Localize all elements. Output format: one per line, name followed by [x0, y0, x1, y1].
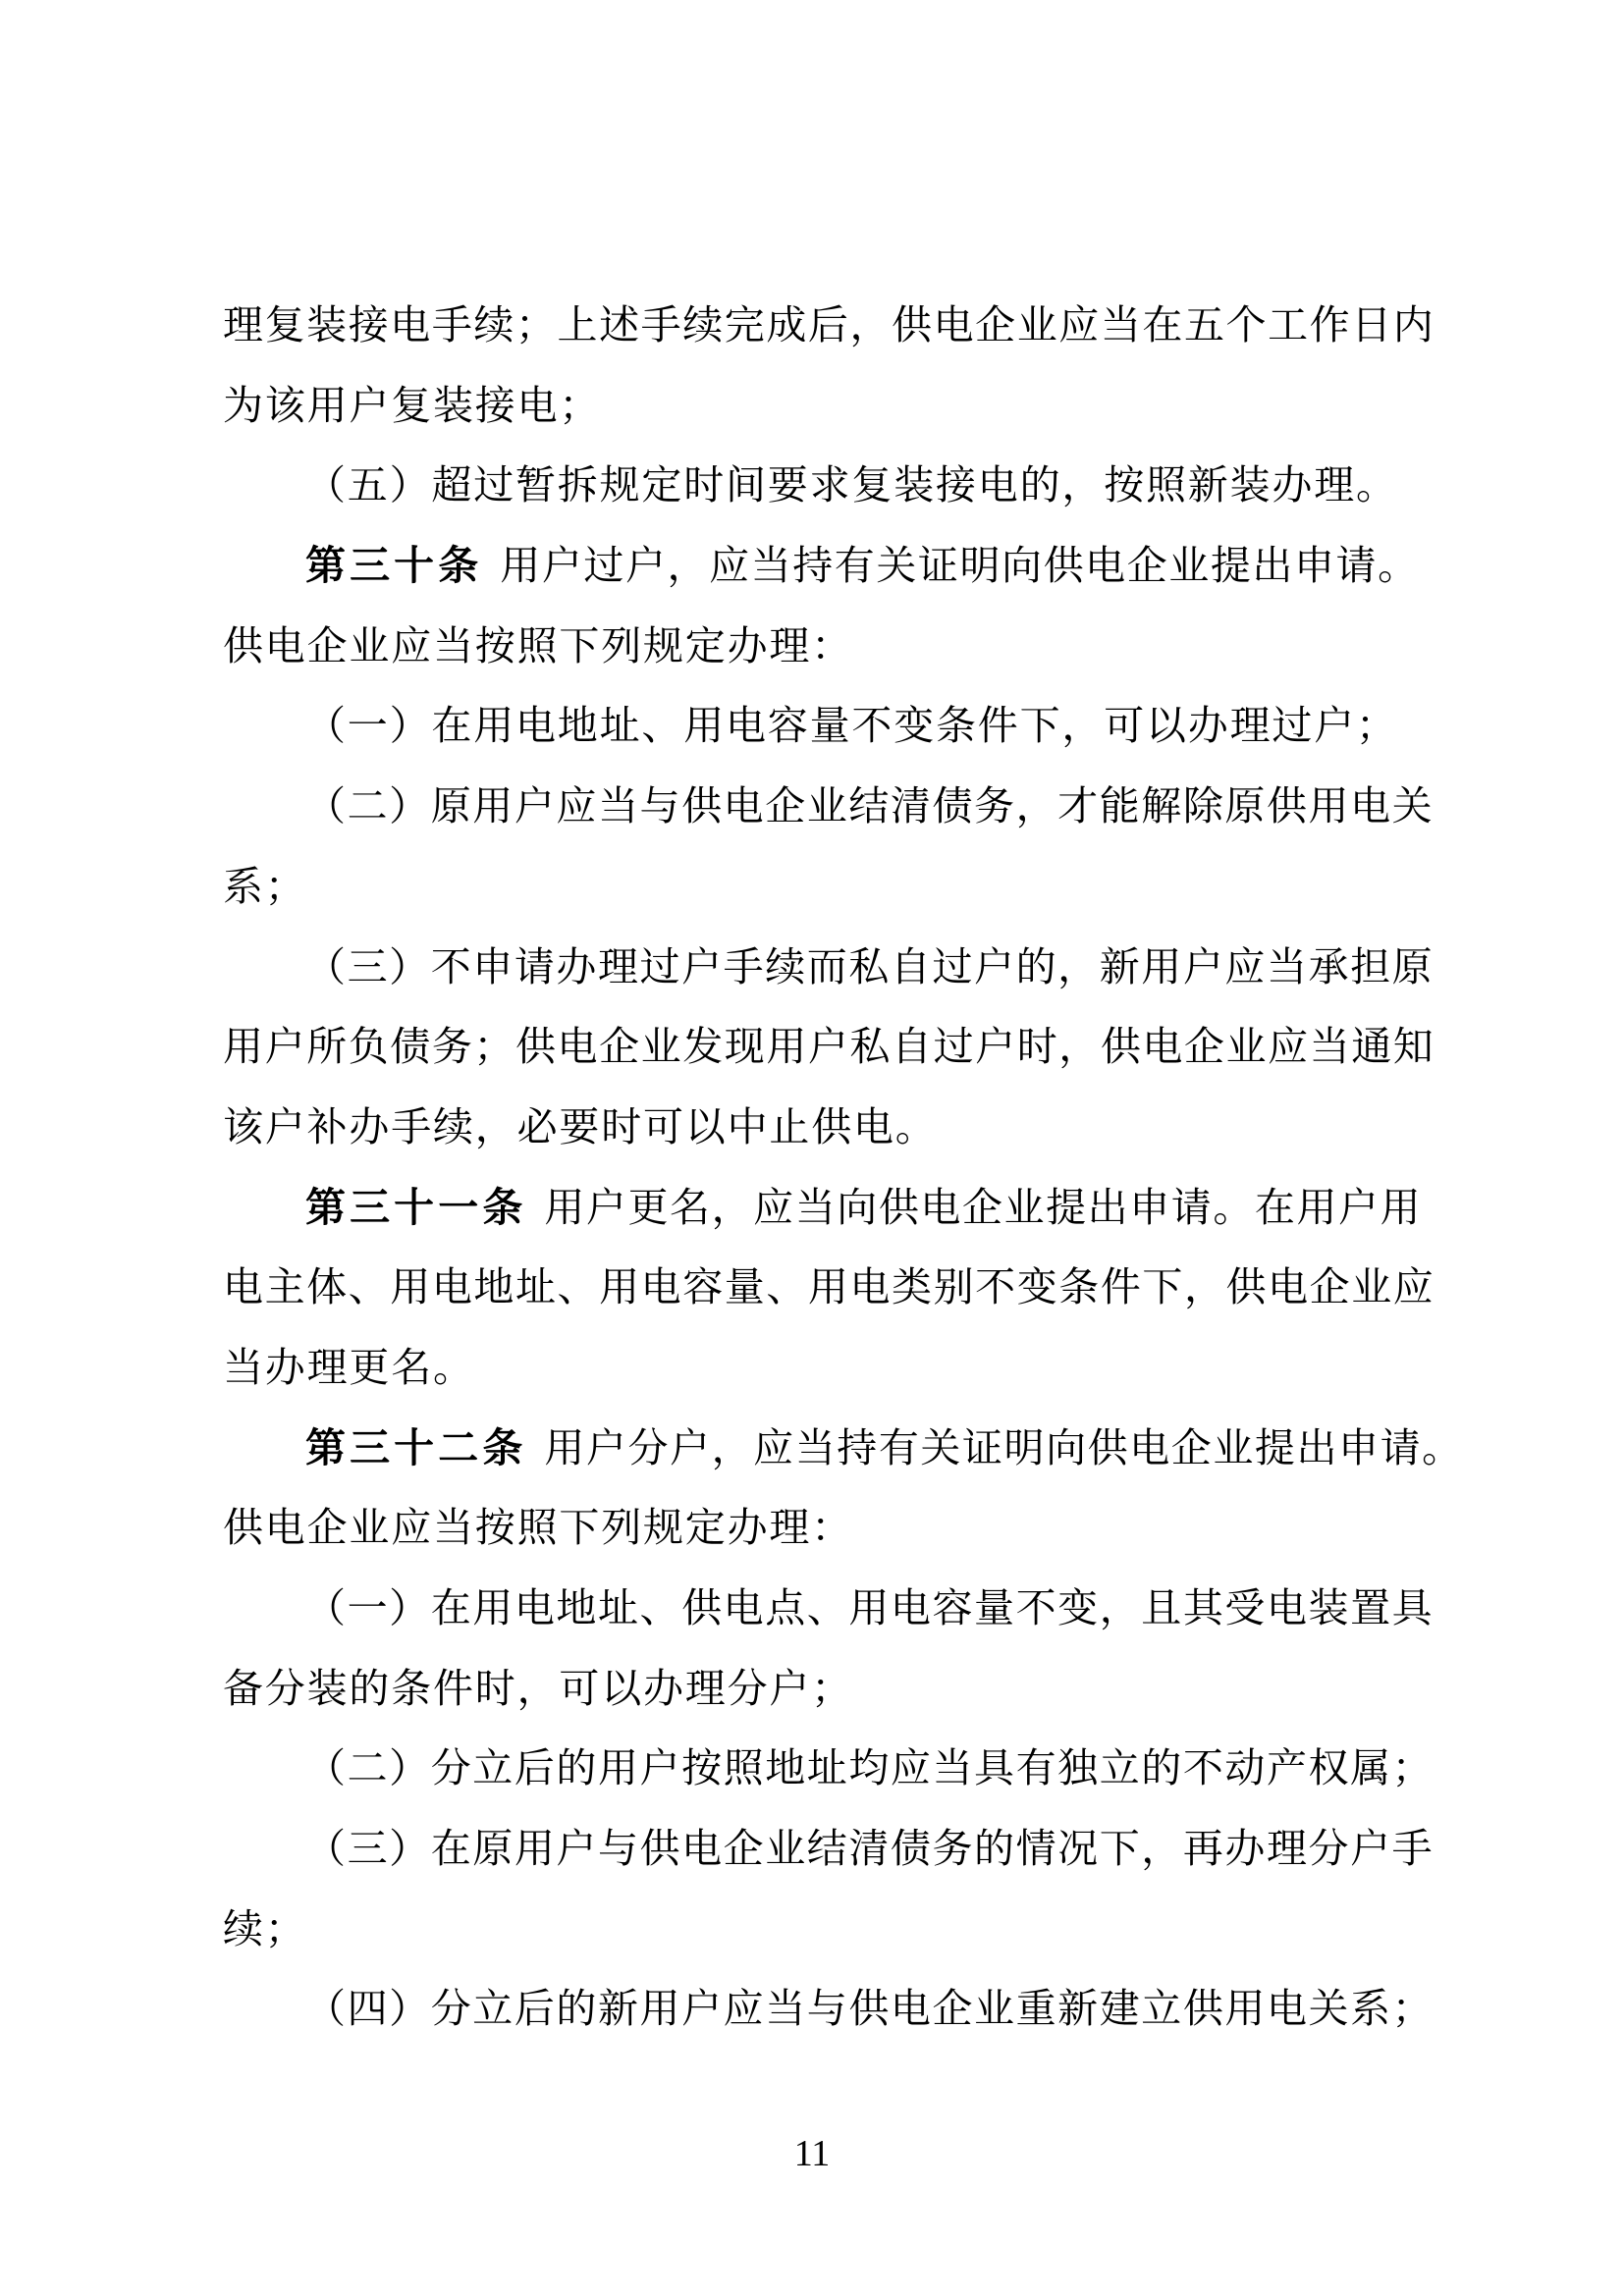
- line-text: （ 三 ） 在 原 用 户 与 供 电 企 业 结 清 债 务 的 情 况 下 …: [305, 1825, 1433, 1872]
- page-number: 11: [0, 2130, 1624, 2177]
- list-item-line: （ 四 ） 分 立 后 的 新 用 户 应 当 与 供 电 企 业 重 新 建 …: [223, 1969, 1401, 2050]
- body-line: 电 主 体 、 用 电 地 址 、 用 电 容 量 、 用 电 类 别 不 变 …: [223, 1248, 1401, 1328]
- body-line: 为该用户复装接电；: [223, 366, 1401, 447]
- body-line: 理 复 装 接 电 手 续 ； 上 述 手 续 完 成 后 ， 供 电 企 业 …: [223, 286, 1401, 366]
- line-text: （ 四 ） 分 立 后 的 新 用 户 应 当 与 供 电 企 业 重 新 建 …: [305, 1985, 1433, 2032]
- article-number-heading: 第 三 十 条: [305, 542, 478, 589]
- list-item-line: （ 三 ） 在 原 用 户 与 供 电 企 业 结 清 债 务 的 情 况 下 …: [223, 1809, 1401, 1890]
- document-page: 理 复 装 接 电 手 续 ； 上 述 手 续 完 成 后 ， 供 电 企 业 …: [0, 0, 1624, 2296]
- article-heading-line: 第 三 十 条用 户 过 户 ， 应 当 持 有 关 证 明 向 供 电 企 业…: [223, 526, 1401, 607]
- document-body: 理 复 装 接 电 手 续 ； 上 述 手 续 完 成 后 ， 供 电 企 业 …: [223, 286, 1401, 2050]
- line-text: 理 复 装 接 电 手 续 ； 上 述 手 续 完 成 后 ， 供 电 企 业 …: [223, 301, 1434, 348]
- line-text: （五）超过暂拆规定时间要求复装接电的，按照新装办理。: [305, 461, 1398, 508]
- body-line: 该户补办手续，必要时可以中止供电。: [223, 1088, 1401, 1168]
- line-text: （ 二 ） 分 立 后 的 用 户 按 照 地 址 均 应 当 具 有 独 立 …: [305, 1744, 1433, 1791]
- line-text: （一）在用电地址、用电容量不变条件下，可以办理过户；: [305, 702, 1398, 749]
- list-item-line: （ 一 ） 在 用 电 地 址 、 供 电 点 、 用 电 容 量 不 变 ， …: [223, 1569, 1401, 1649]
- body-line: 供电企业应当按照下列规定办理：: [223, 607, 1401, 687]
- line-text: 供电企业应当按照下列规定办理：: [223, 622, 853, 669]
- body-line: 供电企业应当按照下列规定办理：: [223, 1488, 1401, 1569]
- list-item-line: （五）超过暂拆规定时间要求复装接电的，按照新装办理。: [223, 446, 1401, 526]
- line-text: （ 二 ） 原 用 户 应 当 与 供 电 企 业 结 清 债 务 ， 才 能 …: [305, 782, 1433, 829]
- line-text: 用 户 过 户 ， 应 当 持 有 关 证 明 向 供 电 企 业 提 出 申 …: [500, 542, 1418, 589]
- body-line: 用 户 所 负 债 务 ； 供 电 企 业 发 现 用 户 私 自 过 户 时 …: [223, 1007, 1401, 1088]
- line-text: （ 一 ） 在 用 电 地 址 、 供 电 点 、 用 电 容 量 不 变 ， …: [305, 1584, 1433, 1631]
- list-item-line: （ 三 ） 不 申 请 办 理 过 户 手 续 而 私 自 过 户 的 ， 新 …: [223, 928, 1401, 1008]
- line-text: 备分装的条件时，可以办理分户；: [223, 1665, 853, 1712]
- body-line: 系；: [223, 847, 1401, 928]
- article-number-heading: 第 三 十 一 条: [305, 1184, 522, 1231]
- body-line: 当办理更名。: [223, 1328, 1401, 1409]
- article-number-heading: 第 三 十 二 条: [305, 1424, 522, 1471]
- line-text: 系；: [223, 863, 307, 910]
- line-text: 用 户 所 负 债 务 ； 供 电 企 业 发 现 用 户 私 自 过 户 时 …: [223, 1023, 1434, 1070]
- line-text: 该户补办手续，必要时可以中止供电。: [223, 1103, 938, 1150]
- list-item-line: （ 二 ） 原 用 户 应 当 与 供 电 企 业 结 清 债 务 ， 才 能 …: [223, 767, 1401, 847]
- line-text: 为该用户复装接电；: [223, 382, 601, 429]
- line-text: （ 三 ） 不 申 请 办 理 过 户 手 续 而 私 自 过 户 的 ， 新 …: [305, 943, 1433, 990]
- line-text: 用 户 更 名 ， 应 当 向 供 电 企 业 提 出 申 请 。 在 用 户 …: [544, 1184, 1420, 1231]
- line-text: 供电企业应当按照下列规定办理：: [223, 1504, 853, 1551]
- list-item-line: （一）在用电地址、用电容量不变条件下，可以办理过户；: [223, 686, 1401, 767]
- article-heading-line: 第 三 十 二 条用 户 分 户 ， 应 当 持 有 关 证 明 向 供 电 企…: [223, 1409, 1401, 1489]
- line-text: 当办理更名。: [223, 1344, 475, 1391]
- article-heading-line: 第 三 十 一 条用 户 更 名 ， 应 当 向 供 电 企 业 提 出 申 请…: [223, 1168, 1401, 1249]
- line-text: 续；: [223, 1905, 307, 1952]
- line-text: 用 户 分 户 ， 应 当 持 有 关 证 明 向 供 电 企 业 提 出 申 …: [544, 1424, 1462, 1471]
- line-text: 电 主 体 、 用 电 地 址 、 用 电 容 量 、 用 电 类 别 不 变 …: [223, 1263, 1434, 1310]
- list-item-line: （ 二 ） 分 立 后 的 用 户 按 照 地 址 均 应 当 具 有 独 立 …: [223, 1729, 1401, 1809]
- body-line: 续；: [223, 1890, 1401, 1970]
- body-line: 备分装的条件时，可以办理分户；: [223, 1649, 1401, 1730]
